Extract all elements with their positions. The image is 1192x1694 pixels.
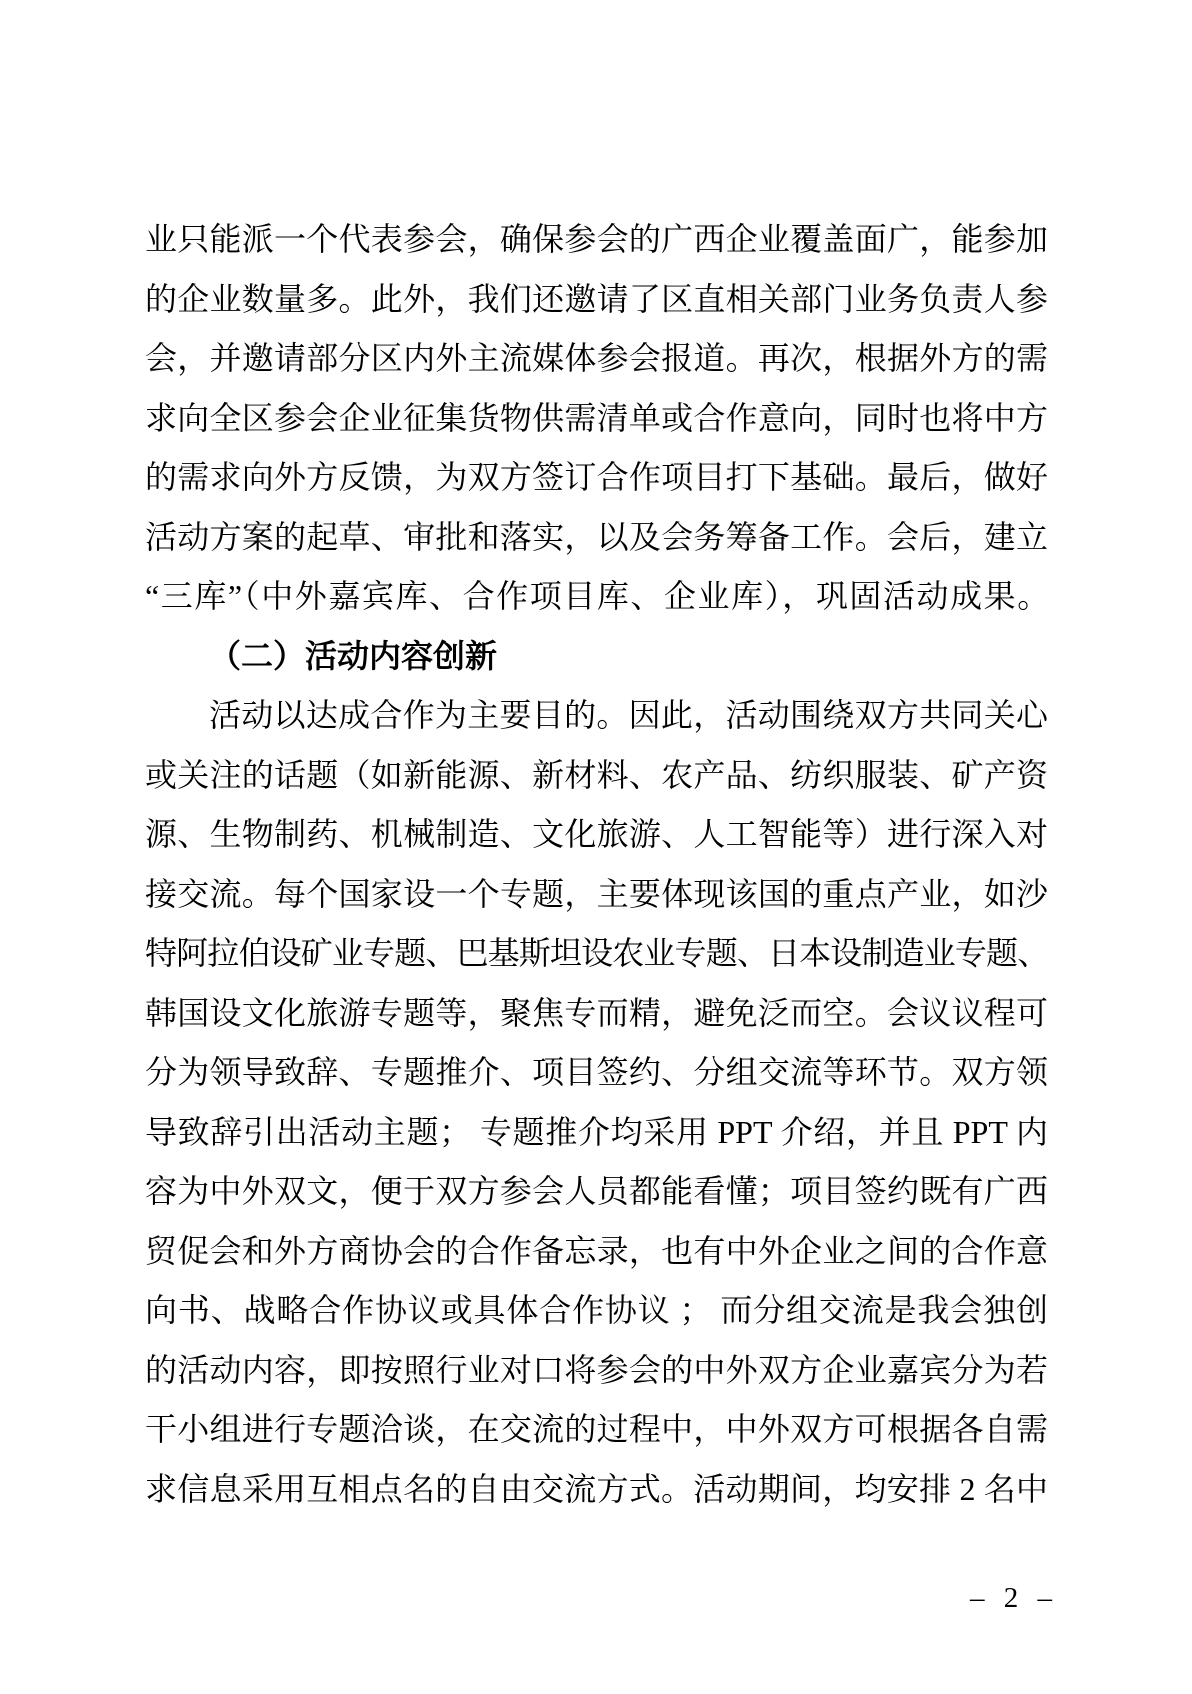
text-line: 导致辞引出活动主题； 专题推介均采用 PPT 介绍，并且 PPT 内 [145, 1103, 1048, 1163]
text-line: 或关注的话题（如新能源、新材料、农产品、纺织服装、矿产资 [145, 746, 1048, 806]
text-line: 源、生物制药、机械制造、文化旅游、人工智能等）进行深入对 [145, 805, 1048, 865]
text-line: 会，并邀请部分区内外主流媒体参会报道。再次，根据外方的需 [145, 329, 1048, 389]
text-line: 的活动内容，即按照行业对口将参会的中外双方企业嘉宾分为若 [145, 1341, 1048, 1401]
text-line: 求信息采用互相点名的自由交流方式。活动期间，均安排 2 名中 [145, 1460, 1048, 1520]
text-line: “三库”（中外嘉宾库、合作项目库、企业库），巩固活动成果。 [145, 567, 1048, 627]
section-heading: （二）活动内容创新 [145, 627, 1048, 687]
page-number: – 2 – [970, 1578, 1058, 1618]
text-line: 活动方案的起草、审批和落实，以及会务筹备工作。会后，建立 [145, 508, 1048, 568]
text-line: 特阿拉伯设矿业专题、巴基斯坦设农业专题、日本设制造业专题、 [145, 924, 1048, 984]
text-line: 活动以达成合作为主要目的。因此，活动围绕双方共同关心 [145, 686, 1048, 746]
text-line: 贸促会和外方商协会的合作备忘录，也有中外企业之间的合作意 [145, 1222, 1048, 1282]
text-line: 容为中外双文，便于双方参会人员都能看懂；项目签约既有广西 [145, 1162, 1048, 1222]
text-line: 接交流。每个国家设一个专题，主要体现该国的重点产业，如沙 [145, 865, 1048, 925]
text-line: 的企业数量多。此外，我们还邀请了区直相关部门业务负责人参 [145, 270, 1048, 330]
text-line: 分为领导致辞、专题推介、项目签约、分组交流等环节。双方领 [145, 1043, 1048, 1103]
document-page: 业只能派一个代表参会，确保参会的广西企业覆盖面广，能参加 的企业数量多。此外，我… [0, 0, 1192, 1694]
text-line: 求向全区参会企业征集货物供需清单或合作意向，同时也将中方 [145, 389, 1048, 449]
text-line: 业只能派一个代表参会，确保参会的广西企业覆盖面广，能参加 [145, 210, 1048, 270]
body-text: 业只能派一个代表参会，确保参会的广西企业覆盖面广，能参加 的企业数量多。此外，我… [145, 210, 1048, 1519]
text-line: 韩国设文化旅游专题等，聚焦专而精，避免泛而空。会议议程可 [145, 984, 1048, 1044]
text-line: 干小组进行专题洽谈，在交流的过程中，中外双方可根据各自需 [145, 1400, 1048, 1460]
text-line: 的需求向外方反馈，为双方签订合作项目打下基础。最后，做好 [145, 448, 1048, 508]
text-line: 向书、战略合作协议或具体合作协议 ； 而分组交流是我会独创 [145, 1281, 1048, 1341]
